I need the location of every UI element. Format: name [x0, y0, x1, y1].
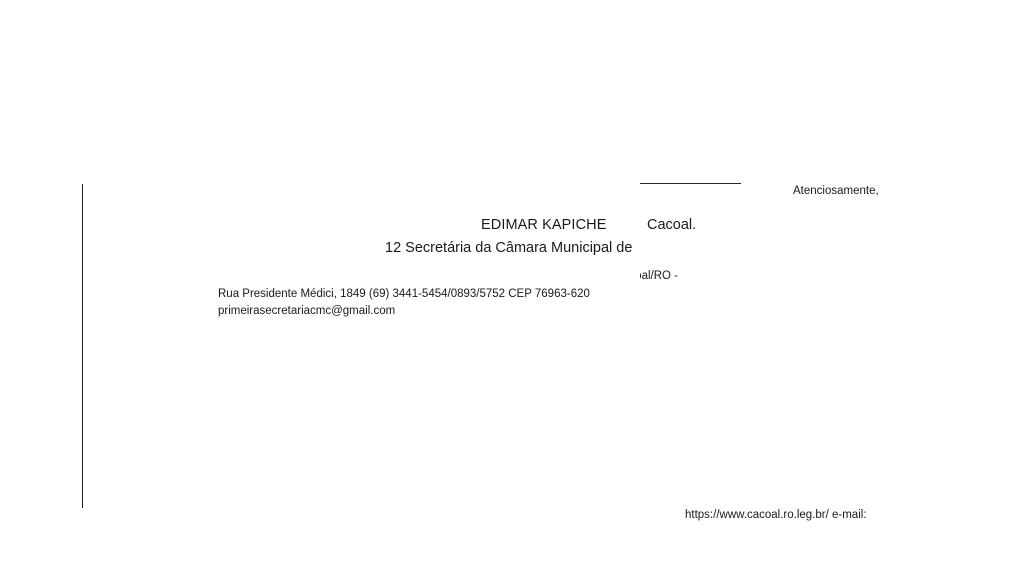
- document-page: Atenciosamente, EDIMAR KAPICHE Cacoal. 1…: [0, 0, 1024, 587]
- address-line: Rua Presidente Médici, 1849 (69) 3441-54…: [218, 289, 590, 301]
- website-link[interactable]: https://www.cacoal.ro.leg.br/ e-mail:: [685, 510, 867, 522]
- signer-name: EDIMAR KAPICHE: [481, 218, 606, 233]
- email-link[interactable]: primeirasecretariacmc@gmail.com: [218, 306, 395, 318]
- signer-role: 12 Secretária da Câmara Municipal de: [385, 241, 632, 256]
- city-state-fragment: Cacoal/RO -: [640, 271, 678, 283]
- city-suffix-text: Cacoal.: [647, 218, 696, 233]
- closing-text: Atenciosamente,: [793, 186, 879, 198]
- left-margin-rule: [82, 184, 83, 508]
- signature-line: [640, 183, 741, 184]
- city-state-container: Cacoal/RO -: [640, 270, 700, 286]
- signer-role-container: 12 Secretária da Câmara Municipal de: [385, 240, 645, 260]
